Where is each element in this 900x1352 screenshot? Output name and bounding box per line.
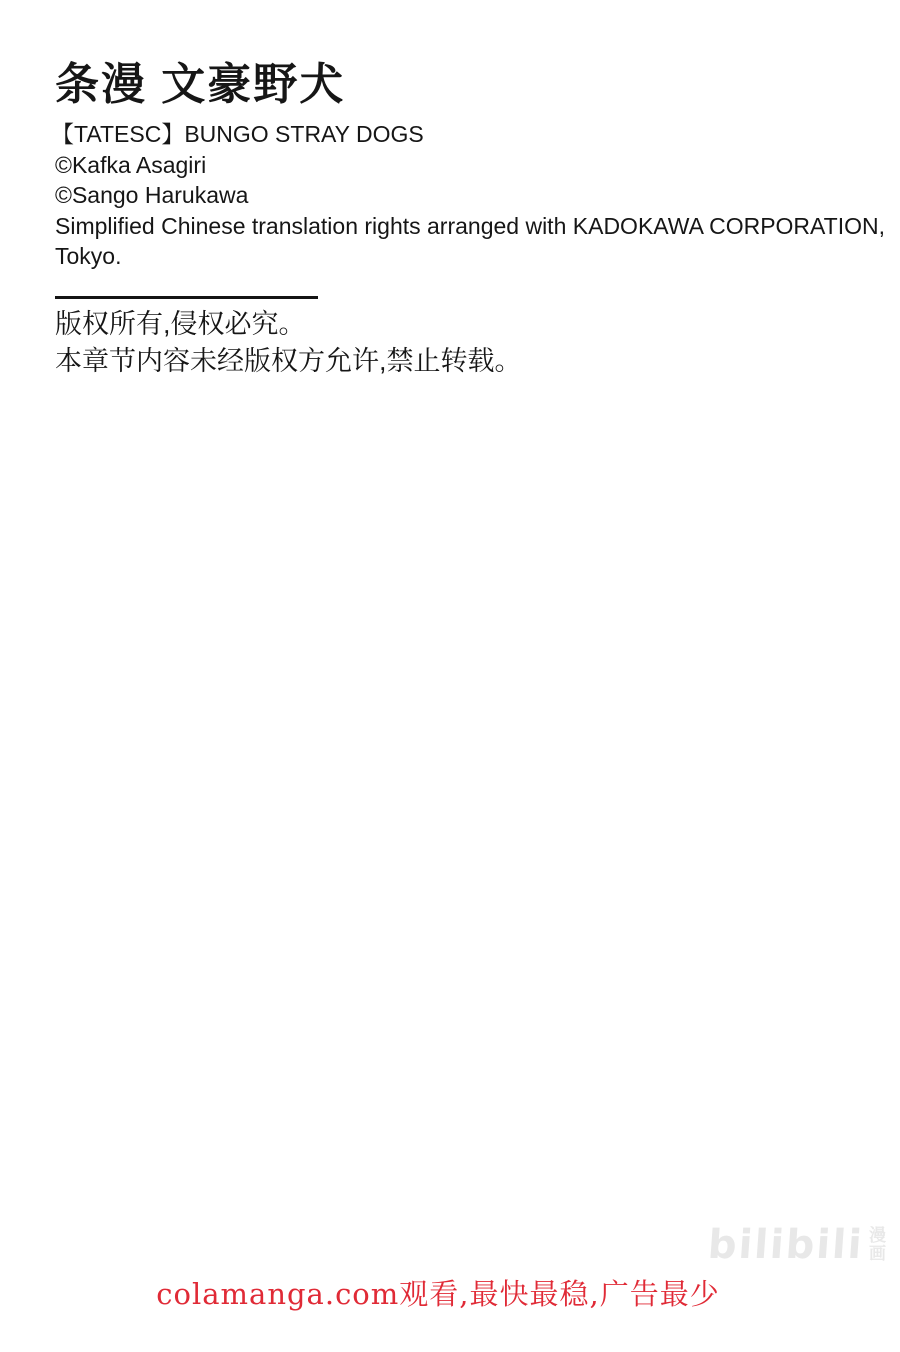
credit-series-title: 【TATESC】BUNGO STRAY DOGS (55, 119, 893, 150)
copyright-notice: 版权所有,侵权必究。 本章节内容未经版权方允许,禁止转载。 (55, 306, 875, 380)
section-divider (55, 296, 318, 299)
bilibili-manga-suffix-bottom: 画 (869, 1245, 886, 1263)
copyright-notice-line1: 版权所有,侵权必究。 (55, 306, 875, 343)
promo-watermark-text: colamanga.com观看,最快最稳,广告最少 (0, 1272, 876, 1313)
credit-artist: ©Sango Harukawa (55, 180, 893, 211)
bilibili-manga-logo: bilibili 漫 画 (708, 1222, 886, 1268)
credit-author: ©Kafka Asagiri (55, 150, 893, 181)
bilibili-wordmark: bilibili (707, 1222, 866, 1268)
bilibili-manga-suffix-top: 漫 (869, 1227, 886, 1245)
credits-block: 【TATESC】BUNGO STRAY DOGS ©Kafka Asagiri … (55, 119, 893, 272)
credit-rights: Simplified Chinese translation rights ar… (55, 211, 893, 272)
page-title: 条漫 文豪野犬 (55, 48, 345, 112)
copyright-page: 条漫 文豪野犬 【TATESC】BUNGO STRAY DOGS ©Kafka … (0, 0, 900, 1352)
copyright-notice-line2: 本章节内容未经版权方允许,禁止转载。 (55, 343, 875, 380)
bilibili-manga-suffix: 漫 画 (869, 1227, 886, 1263)
